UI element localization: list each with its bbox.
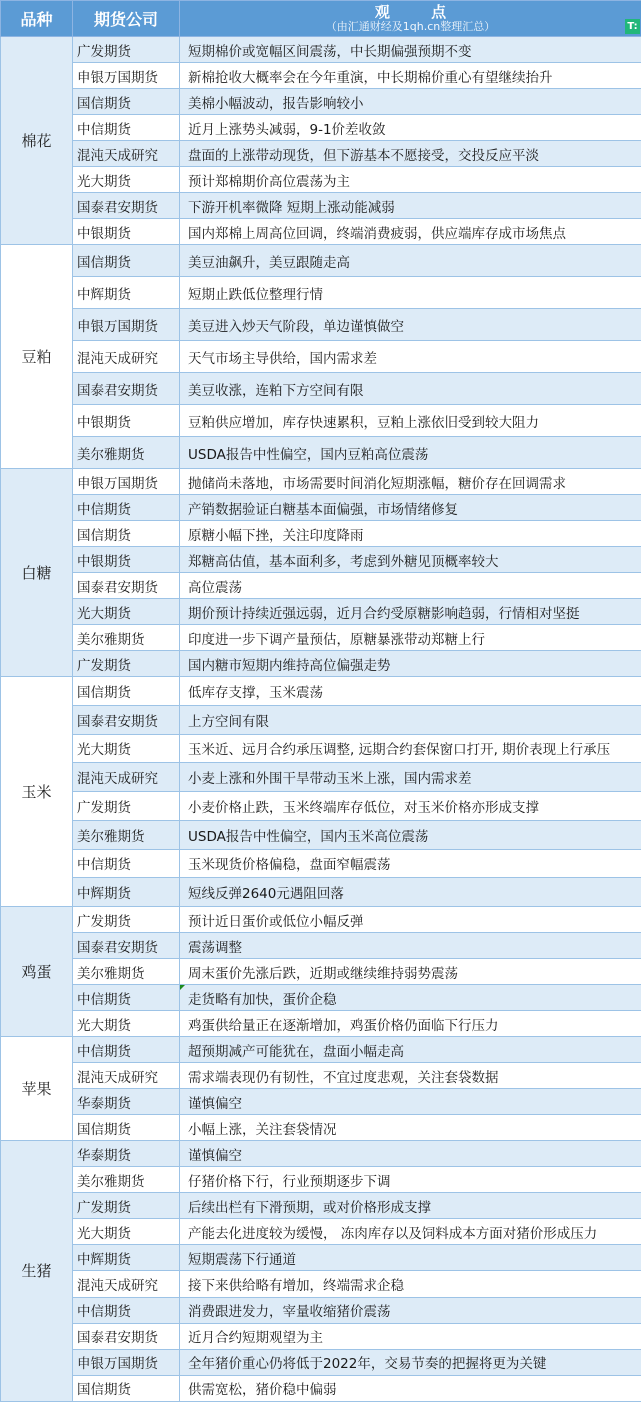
futures-views-table: 品种 期货公司 观 点 （由汇通财经及1qh.cn整理汇总） T: 棉花广发期货… [0, 0, 641, 1402]
view-text: 国内糖市短期内维持高位偏强走势 [188, 658, 391, 674]
view-cell: 近月上涨势头减弱，9-1价差收敛 [180, 115, 641, 141]
table-row: 国泰君安期货上方空间有限 [1, 705, 641, 734]
table-row: 国信期货供需宽松，猪价稳中偏弱 [1, 1375, 641, 1401]
table-row: 申银万国期货美豆进入炒天气阶段，单边谨慎做空 [1, 309, 641, 341]
view-cell: 预计近日蛋价或低位小幅反弹 [180, 907, 641, 933]
view-text: 鸡蛋供给量正在逐渐增加，鸡蛋价格仍面临下行压力 [188, 1018, 499, 1034]
view-text: 谨慎偏空 [188, 1096, 242, 1112]
table-row: 国泰君安期货近月合约短期观望为主 [1, 1323, 641, 1349]
table-row: 国泰君安期货下游开机率微降 短期上涨动能减弱 [1, 193, 641, 219]
view-cell: 震荡调整 [180, 933, 641, 959]
table-row: 中辉期货短期止跌低位整理行情 [1, 277, 641, 309]
view-cell: 短期止跌低位整理行情 [180, 277, 641, 309]
company-cell: 国泰君安期货 [73, 573, 180, 599]
view-text: 预计郑棉期价高位震荡为主 [188, 174, 350, 190]
table-row: 国信期货美棉小幅波动，报告影响较小 [1, 89, 641, 115]
table-row: 棉花广发期货短期棉价或宽幅区间震荡，中长期偏强预期不变 [1, 37, 641, 63]
table-row: 豆粕国信期货美豆油飙升，美豆跟随走高 [1, 245, 641, 277]
view-cell: 新棉抢收大概率会在今年重演，中长期棉价重心有望继续抬升 [180, 63, 641, 89]
view-cell: 原糖小幅下挫，关注印度降雨 [180, 521, 641, 547]
table-row: 中信期货玉米现货价格偏稳，盘面窄幅震荡 [1, 849, 641, 878]
category-cell: 棉花 [1, 37, 73, 245]
view-cell: 谨慎偏空 [180, 1089, 641, 1115]
view-cell: USDA报告中性偏空，国内豆粕高位震荡 [180, 437, 641, 469]
company-cell: 广发期货 [73, 1193, 180, 1219]
table-row: 美尔雅期货USDA报告中性偏空，国内豆粕高位震荡 [1, 437, 641, 469]
table-row: 广发期货国内糖市短期内维持高位偏强走势 [1, 651, 641, 677]
company-cell: 混沌天成研究 [73, 1271, 180, 1297]
view-text: 新棉抢收大概率会在今年重演，中长期棉价重心有望继续抬升 [188, 70, 553, 86]
company-cell: 中信期货 [73, 1037, 180, 1063]
table-row: 光大期货产能去化进度较为缓慢， 冻肉库存以及饲料成本方面对猪价形成压力 [1, 1219, 641, 1245]
view-cell: 美豆进入炒天气阶段，单边谨慎做空 [180, 309, 641, 341]
view-text: 豆粕供应增加，库存快速累积，豆粕上涨依旧受到较大阻力 [188, 415, 539, 431]
view-text: 下游开机率微降 短期上涨动能减弱 [188, 200, 395, 216]
category-cell: 白糖 [1, 469, 73, 677]
view-cell: 近月合约短期观望为主 [180, 1323, 641, 1349]
view-text: 天气市场主导供给，国内需求差 [188, 351, 377, 367]
table-row: 光大期货期价预计持续近强远弱，近月合约受原糖影响趋弱，行情相对坚挺 [1, 599, 641, 625]
company-cell: 光大期货 [73, 1011, 180, 1037]
company-cell: 中辉期货 [73, 277, 180, 309]
table-row: 国泰君安期货美豆收涨，连粕下方空间有限 [1, 373, 641, 405]
company-cell: 美尔雅期货 [73, 437, 180, 469]
table-row: 玉米国信期货低库存支撑，玉米震荡 [1, 677, 641, 706]
category-cell: 玉米 [1, 677, 73, 907]
view-text: 原糖小幅下挫，关注印度降雨 [188, 528, 364, 544]
view-text: 接下来供给略有增加，终端需求企稳 [188, 1278, 404, 1294]
company-cell: 美尔雅期货 [73, 959, 180, 985]
view-text: 小幅上涨，关注套袋情况 [188, 1122, 337, 1138]
header-view-subtitle: （由汇通财经及1qh.cn整理汇总） [180, 21, 641, 33]
view-text: USDA报告中性偏空，国内玉米高位震荡 [188, 829, 428, 845]
company-cell: 申银万国期货 [73, 1349, 180, 1375]
company-cell: 中信期货 [73, 985, 180, 1011]
view-cell: 国内糖市短期内维持高位偏强走势 [180, 651, 641, 677]
header-row: 品种 期货公司 观 点 （由汇通财经及1qh.cn整理汇总） T: [1, 1, 641, 37]
view-text: 期价预计持续近强远弱，近月合约受原糖影响趋弱，行情相对坚挺 [188, 606, 580, 622]
table-row: 中银期货郑糖高估值，基本面利多，考虑到外糖见顶概率较大 [1, 547, 641, 573]
table-row: 国泰君安期货高位震荡 [1, 573, 641, 599]
company-cell: 国信期货 [73, 1115, 180, 1141]
view-cell: 周末蛋价先涨后跌，近期或继续维持弱势震荡 [180, 959, 641, 985]
company-cell: 国泰君安期货 [73, 705, 180, 734]
view-text: 美豆收涨，连粕下方空间有限 [188, 383, 364, 399]
company-cell: 申银万国期货 [73, 309, 180, 341]
view-cell: 需求端表现仍有韧性，不宜过度悲观，关注套袋数据 [180, 1063, 641, 1089]
company-cell: 中银期货 [73, 219, 180, 245]
company-cell: 国泰君安期货 [73, 193, 180, 219]
table-row: 美尔雅期货印度进一步下调产量预估，原糖暴涨带动郑糖上行 [1, 625, 641, 651]
view-cell: 郑糖高估值，基本面利多，考虑到外糖见顶概率较大 [180, 547, 641, 573]
company-cell: 美尔雅期货 [73, 625, 180, 651]
table-row: 广发期货小麦价格止跌，玉米终端库存低位，对玉米价格亦形成支撑 [1, 792, 641, 821]
view-text: 国内郑棉上周高位回调，终端消费疲弱，供应端库存成市场焦点 [188, 226, 566, 242]
table-row: 中银期货国内郑棉上周高位回调，终端消费疲弱，供应端库存成市场焦点 [1, 219, 641, 245]
view-text: 需求端表现仍有韧性，不宜过度悲观，关注套袋数据 [188, 1070, 499, 1086]
comment-indicator-icon[interactable] [180, 985, 185, 990]
view-cell: 天气市场主导供给，国内需求差 [180, 341, 641, 373]
company-cell: 广发期货 [73, 792, 180, 821]
view-text: 美豆油飙升，美豆跟随走高 [188, 255, 350, 271]
view-text: 谨慎偏空 [188, 1148, 242, 1164]
view-text: 玉米现货价格偏稳，盘面窄幅震荡 [188, 857, 391, 873]
company-cell: 光大期货 [73, 167, 180, 193]
view-cell: 后续出栏有下滑预期，或对价格形成支撑 [180, 1193, 641, 1219]
view-cell: 美豆油飙升，美豆跟随走高 [180, 245, 641, 277]
company-cell: 国泰君安期货 [73, 1323, 180, 1349]
view-cell: 玉米近、远月合约承压调整, 远期合约套保窗口打开, 期价表现上行承压 [180, 734, 641, 763]
table-row: 光大期货玉米近、远月合约承压调整, 远期合约套保窗口打开, 期价表现上行承压 [1, 734, 641, 763]
view-cell: 谨慎偏空 [180, 1141, 641, 1167]
table-row: 中信期货产销数据验证白糖基本面偏强，市场情绪修复 [1, 495, 641, 521]
table-row: 光大期货预计郑棉期价高位震荡为主 [1, 167, 641, 193]
category-cell: 生猪 [1, 1141, 73, 1402]
table-row: 中信期货消费跟进发力，宰量收缩猪价震荡 [1, 1297, 641, 1323]
view-text: 周末蛋价先涨后跌，近期或继续维持弱势震荡 [188, 966, 458, 982]
view-cell: 小麦价格止跌，玉米终端库存低位，对玉米价格亦形成支撑 [180, 792, 641, 821]
company-cell: 光大期货 [73, 734, 180, 763]
view-text: 产能去化进度较为缓慢， 冻肉库存以及饲料成本方面对猪价形成压力 [188, 1226, 597, 1242]
company-cell: 中信期货 [73, 849, 180, 878]
view-cell: 豆粕供应增加，库存快速累积，豆粕上涨依旧受到较大阻力 [180, 405, 641, 437]
view-text: 小麦价格止跌，玉米终端库存低位，对玉米价格亦形成支撑 [188, 800, 539, 816]
company-cell: 混沌天成研究 [73, 763, 180, 792]
view-cell: 短线反弹2640元遇阻回落 [180, 878, 641, 907]
company-cell: 国信期货 [73, 89, 180, 115]
view-text: 消费跟进发力，宰量收缩猪价震荡 [188, 1304, 391, 1320]
table-row: 混沌天成研究接下来供给略有增加，终端需求企稳 [1, 1271, 641, 1297]
company-cell: 申银万国期货 [73, 63, 180, 89]
view-text: 短期止跌低位整理行情 [188, 287, 323, 303]
view-cell: 走货略有加快，蛋价企稳 [180, 985, 641, 1011]
view-text: USDA报告中性偏空，国内豆粕高位震荡 [188, 447, 428, 463]
table-row: 混沌天成研究需求端表现仍有韧性，不宜过度悲观，关注套袋数据 [1, 1063, 641, 1089]
view-cell: 国内郑棉上周高位回调，终端消费疲弱，供应端库存成市场焦点 [180, 219, 641, 245]
view-cell: 盘面的上涨带动现货，但下游基本不愿接受，交投反应平淡 [180, 141, 641, 167]
view-text: 短期棉价或宽幅区间震荡，中长期偏强预期不变 [188, 44, 472, 60]
table-row: 苹果中信期货超预期减产可能犹在，盘面小幅走高 [1, 1037, 641, 1063]
view-cell: 产能去化进度较为缓慢， 冻肉库存以及饲料成本方面对猪价形成压力 [180, 1219, 641, 1245]
company-cell: 中辉期货 [73, 1245, 180, 1271]
view-cell: 仔猪价格下行，行业预期逐步下调 [180, 1167, 641, 1193]
header-view-title: 观 点 [180, 5, 641, 21]
view-cell: USDA报告中性偏空，国内玉米高位震荡 [180, 820, 641, 849]
table-row: 鸡蛋广发期货预计近日蛋价或低位小幅反弹 [1, 907, 641, 933]
view-cell: 超预期减产可能犹在，盘面小幅走高 [180, 1037, 641, 1063]
header-category: 品种 [1, 1, 73, 37]
view-text: 玉米近、远月合约承压调整, 远期合约套保窗口打开, 期价表现上行承压 [188, 742, 610, 758]
table-row: 生猪华泰期货谨慎偏空 [1, 1141, 641, 1167]
company-cell: 广发期货 [73, 37, 180, 63]
view-text: 后续出栏有下滑预期，或对价格形成支撑 [188, 1200, 431, 1216]
company-cell: 美尔雅期货 [73, 1167, 180, 1193]
view-text: 短期震荡下行通道 [188, 1252, 296, 1268]
company-cell: 混沌天成研究 [73, 141, 180, 167]
table-row: 美尔雅期货仔猪价格下行，行业预期逐步下调 [1, 1167, 641, 1193]
view-text: 全年猪价重心仍将低于2022年，交易节奏的把握将更为关键 [188, 1356, 546, 1372]
header-view: 观 点 （由汇通财经及1qh.cn整理汇总） T: [180, 1, 641, 37]
view-cell: 上方空间有限 [180, 705, 641, 734]
view-cell: 消费跟进发力，宰量收缩猪价震荡 [180, 1297, 641, 1323]
company-cell: 中信期货 [73, 1297, 180, 1323]
view-cell: 短期震荡下行通道 [180, 1245, 641, 1271]
view-text: 预计近日蛋价或低位小幅反弹 [188, 914, 364, 930]
view-cell: 短期棉价或宽幅区间震荡，中长期偏强预期不变 [180, 37, 641, 63]
category-cell: 鸡蛋 [1, 907, 73, 1037]
table-row: 美尔雅期货USDA报告中性偏空，国内玉米高位震荡 [1, 820, 641, 849]
view-text: 低库存支撑，玉米震荡 [188, 685, 323, 701]
view-cell: 下游开机率微降 短期上涨动能减弱 [180, 193, 641, 219]
table-row: 光大期货鸡蛋供给量正在逐渐增加，鸡蛋价格仍面临下行压力 [1, 1011, 641, 1037]
view-cell: 全年猪价重心仍将低于2022年，交易节奏的把握将更为关键 [180, 1349, 641, 1375]
view-text: 短线反弹2640元遇阻回落 [188, 886, 344, 902]
company-cell: 中信期货 [73, 115, 180, 141]
view-cell: 期价预计持续近强远弱，近月合约受原糖影响趋弱，行情相对坚挺 [180, 599, 641, 625]
view-text: 超预期减产可能犹在，盘面小幅走高 [188, 1044, 404, 1060]
company-cell: 华泰期货 [73, 1141, 180, 1167]
view-text: 近月合约短期观望为主 [188, 1330, 323, 1346]
table-row: 混沌天成研究小麦上涨和外围干旱带动玉米上涨，国内需求差 [1, 763, 641, 792]
company-cell: 国泰君安期货 [73, 933, 180, 959]
table-row: 华泰期货谨慎偏空 [1, 1089, 641, 1115]
company-cell: 广发期货 [73, 651, 180, 677]
view-text: 美棉小幅波动，报告影响较小 [188, 96, 364, 112]
view-cell: 接下来供给略有增加，终端需求企稳 [180, 1271, 641, 1297]
view-cell: 小幅上涨，关注套袋情况 [180, 1115, 641, 1141]
view-text: 盘面的上涨带动现货，但下游基本不愿接受，交投反应平淡 [188, 148, 539, 164]
view-text: 上方空间有限 [188, 714, 269, 730]
view-cell: 高位震荡 [180, 573, 641, 599]
view-text: 走货略有加快，蛋价企稳 [188, 992, 337, 1008]
table-row: 广发期货后续出栏有下滑预期，或对价格形成支撑 [1, 1193, 641, 1219]
view-text: 抛储尚未落地，市场需要时间消化短期涨幅，糖价存在回调需求 [188, 476, 566, 492]
filter-icon[interactable]: T: [625, 19, 640, 34]
company-cell: 申银万国期货 [73, 469, 180, 495]
view-text: 美豆进入炒天气阶段，单边谨慎做空 [188, 319, 404, 335]
company-cell: 光大期货 [73, 599, 180, 625]
view-cell: 鸡蛋供给量正在逐渐增加，鸡蛋价格仍面临下行压力 [180, 1011, 641, 1037]
view-cell: 抛储尚未落地，市场需要时间消化短期涨幅，糖价存在回调需求 [180, 469, 641, 495]
company-cell: 混沌天成研究 [73, 341, 180, 373]
table-row: 中信期货走货略有加快，蛋价企稳 [1, 985, 641, 1011]
view-cell: 供需宽松，猪价稳中偏弱 [180, 1375, 641, 1401]
table-row: 中辉期货短线反弹2640元遇阻回落 [1, 878, 641, 907]
company-cell: 中银期货 [73, 405, 180, 437]
company-cell: 国信期货 [73, 677, 180, 706]
table-row: 申银万国期货全年猪价重心仍将低于2022年，交易节奏的把握将更为关键 [1, 1349, 641, 1375]
table-row: 混沌天成研究天气市场主导供给，国内需求差 [1, 341, 641, 373]
category-cell: 豆粕 [1, 245, 73, 469]
company-cell: 华泰期货 [73, 1089, 180, 1115]
table-row: 白糖申银万国期货抛储尚未落地，市场需要时间消化短期涨幅，糖价存在回调需求 [1, 469, 641, 495]
view-cell: 低库存支撑，玉米震荡 [180, 677, 641, 706]
view-text: 小麦上涨和外围干旱带动玉米上涨，国内需求差 [188, 771, 472, 787]
view-cell: 美豆收涨，连粕下方空间有限 [180, 373, 641, 405]
company-cell: 国信期货 [73, 521, 180, 547]
view-cell: 印度进一步下调产量预估，原糖暴涨带动郑糖上行 [180, 625, 641, 651]
view-text: 高位震荡 [188, 580, 242, 596]
company-cell: 中银期货 [73, 547, 180, 573]
company-cell: 国信期货 [73, 1375, 180, 1401]
table-row: 美尔雅期货周末蛋价先涨后跌，近期或继续维持弱势震荡 [1, 959, 641, 985]
header-company: 期货公司 [73, 1, 180, 37]
table-row: 国信期货小幅上涨，关注套袋情况 [1, 1115, 641, 1141]
table-row: 申银万国期货新棉抢收大概率会在今年重演，中长期棉价重心有望继续抬升 [1, 63, 641, 89]
table-row: 中银期货豆粕供应增加，库存快速累积，豆粕上涨依旧受到较大阻力 [1, 405, 641, 437]
view-cell: 产销数据验证白糖基本面偏强，市场情绪修复 [180, 495, 641, 521]
view-text: 产销数据验证白糖基本面偏强，市场情绪修复 [188, 502, 458, 518]
table-row: 国泰君安期货震荡调整 [1, 933, 641, 959]
company-cell: 光大期货 [73, 1219, 180, 1245]
view-text: 郑糖高估值，基本面利多，考虑到外糖见顶概率较大 [188, 554, 499, 570]
company-cell: 混沌天成研究 [73, 1063, 180, 1089]
table-row: 中信期货近月上涨势头减弱，9-1价差收敛 [1, 115, 641, 141]
category-cell: 苹果 [1, 1037, 73, 1141]
company-cell: 国泰君安期货 [73, 373, 180, 405]
company-cell: 国信期货 [73, 245, 180, 277]
view-text: 印度进一步下调产量预估，原糖暴涨带动郑糖上行 [188, 632, 485, 648]
view-cell: 预计郑棉期价高位震荡为主 [180, 167, 641, 193]
view-text: 供需宽松，猪价稳中偏弱 [188, 1382, 337, 1398]
company-cell: 美尔雅期货 [73, 820, 180, 849]
view-text: 仔猪价格下行，行业预期逐步下调 [188, 1174, 391, 1190]
view-cell: 小麦上涨和外围干旱带动玉米上涨，国内需求差 [180, 763, 641, 792]
table-row: 中辉期货短期震荡下行通道 [1, 1245, 641, 1271]
table-row: 混沌天成研究盘面的上涨带动现货，但下游基本不愿接受，交投反应平淡 [1, 141, 641, 167]
table-row: 国信期货原糖小幅下挫，关注印度降雨 [1, 521, 641, 547]
company-cell: 广发期货 [73, 907, 180, 933]
view-text: 近月上涨势头减弱，9-1价差收敛 [188, 122, 386, 138]
view-cell: 美棉小幅波动，报告影响较小 [180, 89, 641, 115]
company-cell: 中信期货 [73, 495, 180, 521]
company-cell: 中辉期货 [73, 878, 180, 907]
view-text: 震荡调整 [188, 940, 242, 956]
view-cell: 玉米现货价格偏稳，盘面窄幅震荡 [180, 849, 641, 878]
